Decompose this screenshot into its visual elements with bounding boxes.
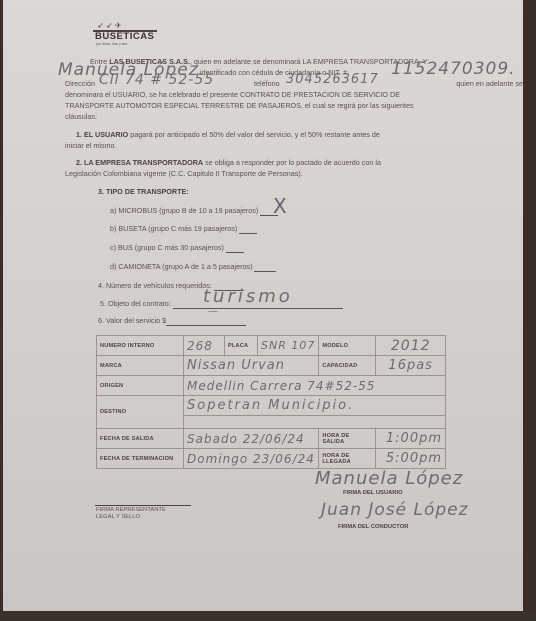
transport-type-blank[interactable] [254, 271, 276, 272]
clause-bold: LA EMPRESA TRANSPORTADORA [84, 158, 203, 167]
destino-handwritten: Sopetran Municipio. [187, 398, 354, 413]
intro-line-3-end: quien en adelante se [373, 79, 523, 89]
origen-label: ORIGEN [97, 376, 184, 396]
capacidad-handwritten: 16pas [388, 358, 433, 373]
fecha-terminacion-handwritten: Domingo 23/06/24 [187, 452, 315, 466]
fecha-salida-handwritten: Sabado 22/06/24 [187, 432, 305, 446]
clause-bold: EL USUARIO [84, 130, 128, 139]
transport-type-label: d) CAMIONETA (grupo A de 1 a 5 pasajeros… [110, 262, 252, 271]
intro-direccion-label: Dirección [65, 79, 95, 89]
intro-line-6: cláusulas: [65, 112, 97, 122]
intro-line-5: TRANSPORTE AUTOMOTOR ESPECIAL TERRESTRE … [65, 101, 414, 111]
table-row: MARCA Nissan Urvan CAPACIDAD 16pas [97, 356, 446, 376]
vehiculos-label: 4. Número de vehículos requeridos: [98, 281, 212, 290]
valor-handwritten: — [208, 306, 219, 317]
table-row: ORIGEN Medellin Carrera 74#52-55 [97, 376, 446, 396]
transport-type-camioneta: d) CAMIONETA (grupo A de 1 a 5 pasajeros… [110, 262, 276, 272]
background-edge [523, 0, 536, 621]
clause-number: 2. [76, 158, 82, 167]
hora-llegada-label: HORA DE LLEGADA [319, 449, 376, 469]
transport-type-bus: c) BUS (grupo C más 30 pasajeros) [110, 243, 244, 253]
microbus-check-mark: X [273, 194, 288, 218]
usuario-signature: Manuela López [315, 468, 463, 489]
contract-paper: ➶ ➶ ✈ BUSETICAS por tierra, mar y aire E… [3, 0, 523, 612]
marca-value[interactable]: Nissan Urvan [184, 356, 319, 376]
transport-type-blank[interactable] [239, 233, 257, 234]
clause-text: pagará por anticipado el 50% del valor d… [128, 130, 380, 139]
origen-handwritten: Medellin Carrera 74#52-55 [187, 379, 375, 393]
field-valor: 6. Valor del servicio $ [98, 316, 246, 326]
modelo-handwritten: 2012 [391, 338, 431, 354]
telefono-handwritten: 3045263617 [286, 72, 379, 87]
fecha-salida-label: FECHA DE SALIDA [97, 429, 184, 449]
modelo-label: MODELO [319, 336, 376, 356]
firma-representante-line [95, 505, 191, 506]
clause-2: 2. LA EMPRESA TRANSPORTADORA se obliga a… [76, 158, 381, 168]
origen-value[interactable]: Medellin Carrera 74#52-55 [184, 376, 446, 396]
table-row: NUMERO INTERNO 268 PLACA SNR 107 MODELO … [97, 336, 446, 356]
hora-salida-handwritten: 1:00pm [386, 431, 442, 446]
background-bottom [0, 611, 536, 621]
fecha-terminacion-label: FECHA DE TERMINACION [97, 449, 184, 469]
placa-value[interactable]: SNR 107 [258, 336, 319, 356]
direccion-handwritten: Cll 74 # 52-55 [99, 72, 214, 88]
logo-slogan: por tierra, mar y aire [96, 42, 128, 46]
numero-interno-value[interactable]: 268 [184, 336, 225, 356]
transport-type-label: a) MICROBUS (grupo B de 10 a 19 pasajero… [110, 206, 258, 215]
capacidad-label: CAPACIDAD [319, 356, 376, 376]
intro-telefono-label: teléfono [254, 79, 280, 89]
destino-label: DESTINO [97, 396, 184, 429]
numero-interno-handwritten: 268 [187, 339, 213, 353]
firma-conductor-label: FIRMA DEL CONDUCTOR [338, 524, 408, 531]
transport-type-label: b) BUSETA (grupo C más 19 pasajeros) [110, 224, 237, 233]
fecha-terminacion-value[interactable]: Domingo 23/06/24 [184, 449, 319, 469]
firma-usuario-label: FIRMA DEL USUARIO [343, 490, 403, 497]
valor-blank[interactable] [166, 325, 246, 326]
clause-text: se obliga a responder por lo pactado de … [203, 158, 381, 167]
hora-salida-label: HORA DE SALIDA [319, 429, 376, 449]
capacidad-value[interactable]: 16pas [376, 356, 446, 376]
logo-name: BUSETICAS [95, 31, 154, 42]
clause-1: 1. EL USUARIO pagará por anticipado el 5… [76, 130, 380, 140]
objeto-handwritten: turismo [203, 286, 293, 307]
hora-salida-value[interactable]: 1:00pm [376, 429, 446, 449]
destino-value-extra[interactable] [184, 416, 446, 429]
vehicle-table: NUMERO INTERNO 268 PLACA SNR 107 MODELO … [96, 335, 446, 469]
birds-logo-icon: ➶ ➶ ✈ [97, 21, 122, 30]
objeto-label: 5. Objeto del contrato: [100, 299, 171, 308]
transport-type-buseta: b) BUSETA (grupo C más 19 pasajeros) [110, 224, 257, 234]
intro-line-4: denominara el USUARIO, se ha celebrado e… [65, 90, 400, 100]
marca-label: MARCA [97, 356, 184, 376]
transport-type-label: c) BUS (grupo C más 30 pasajeros) [110, 243, 224, 252]
clause-2-cont: Legislación Colombiana vigente (C.C. Cap… [65, 169, 303, 179]
conductor-signature: Juan José López [321, 500, 469, 520]
clause-number: 1. [76, 130, 82, 139]
cedula-handwritten: 1152470309. [391, 59, 516, 79]
company-logo: ➶ ➶ ✈ BUSETICAS por tierra, mar y aire [93, 21, 163, 46]
clause-1-cont: iniciar el mismo. [65, 141, 117, 151]
hora-llegada-value[interactable]: 5:00pm [376, 449, 446, 469]
clause-3-title: 3. TIPO DE TRANSPORTE: [98, 187, 189, 196]
valor-label: 6. Valor del servicio $ [98, 316, 166, 325]
transport-type-microbus: a) MICROBUS (grupo B de 10 a 19 pasajero… [110, 206, 278, 216]
modelo-value[interactable]: 2012 [376, 336, 446, 356]
hora-llegada-handwritten: 5:00pm [386, 451, 442, 466]
numero-interno-label: NUMERO INTERNO [97, 336, 184, 356]
objeto-blank[interactable] [173, 308, 343, 309]
fecha-salida-value[interactable]: Sabado 22/06/24 [184, 429, 319, 449]
placa-label: PLACA [225, 336, 258, 356]
firma-representante-label-2: LEGAL Y SELLO [96, 514, 140, 521]
placa-handwritten: SNR 107 [261, 339, 315, 352]
transport-type-blank[interactable] [226, 252, 244, 253]
table-row: DESTINO Sopetran Municipio. [97, 396, 446, 416]
destino-value[interactable]: Sopetran Municipio. [184, 396, 446, 416]
firma-representante-label-1: FIRMA REPRESENTANTE [96, 507, 166, 514]
marca-handwritten: Nissan Urvan [187, 358, 285, 373]
table-row: FECHA DE SALIDA Sabado 22/06/24 HORA DE … [97, 429, 446, 449]
table-row: FECHA DE TERMINACION Domingo 23/06/24 HO… [97, 449, 446, 469]
clause-3-heading: 3. TIPO DE TRANSPORTE: [98, 187, 189, 197]
